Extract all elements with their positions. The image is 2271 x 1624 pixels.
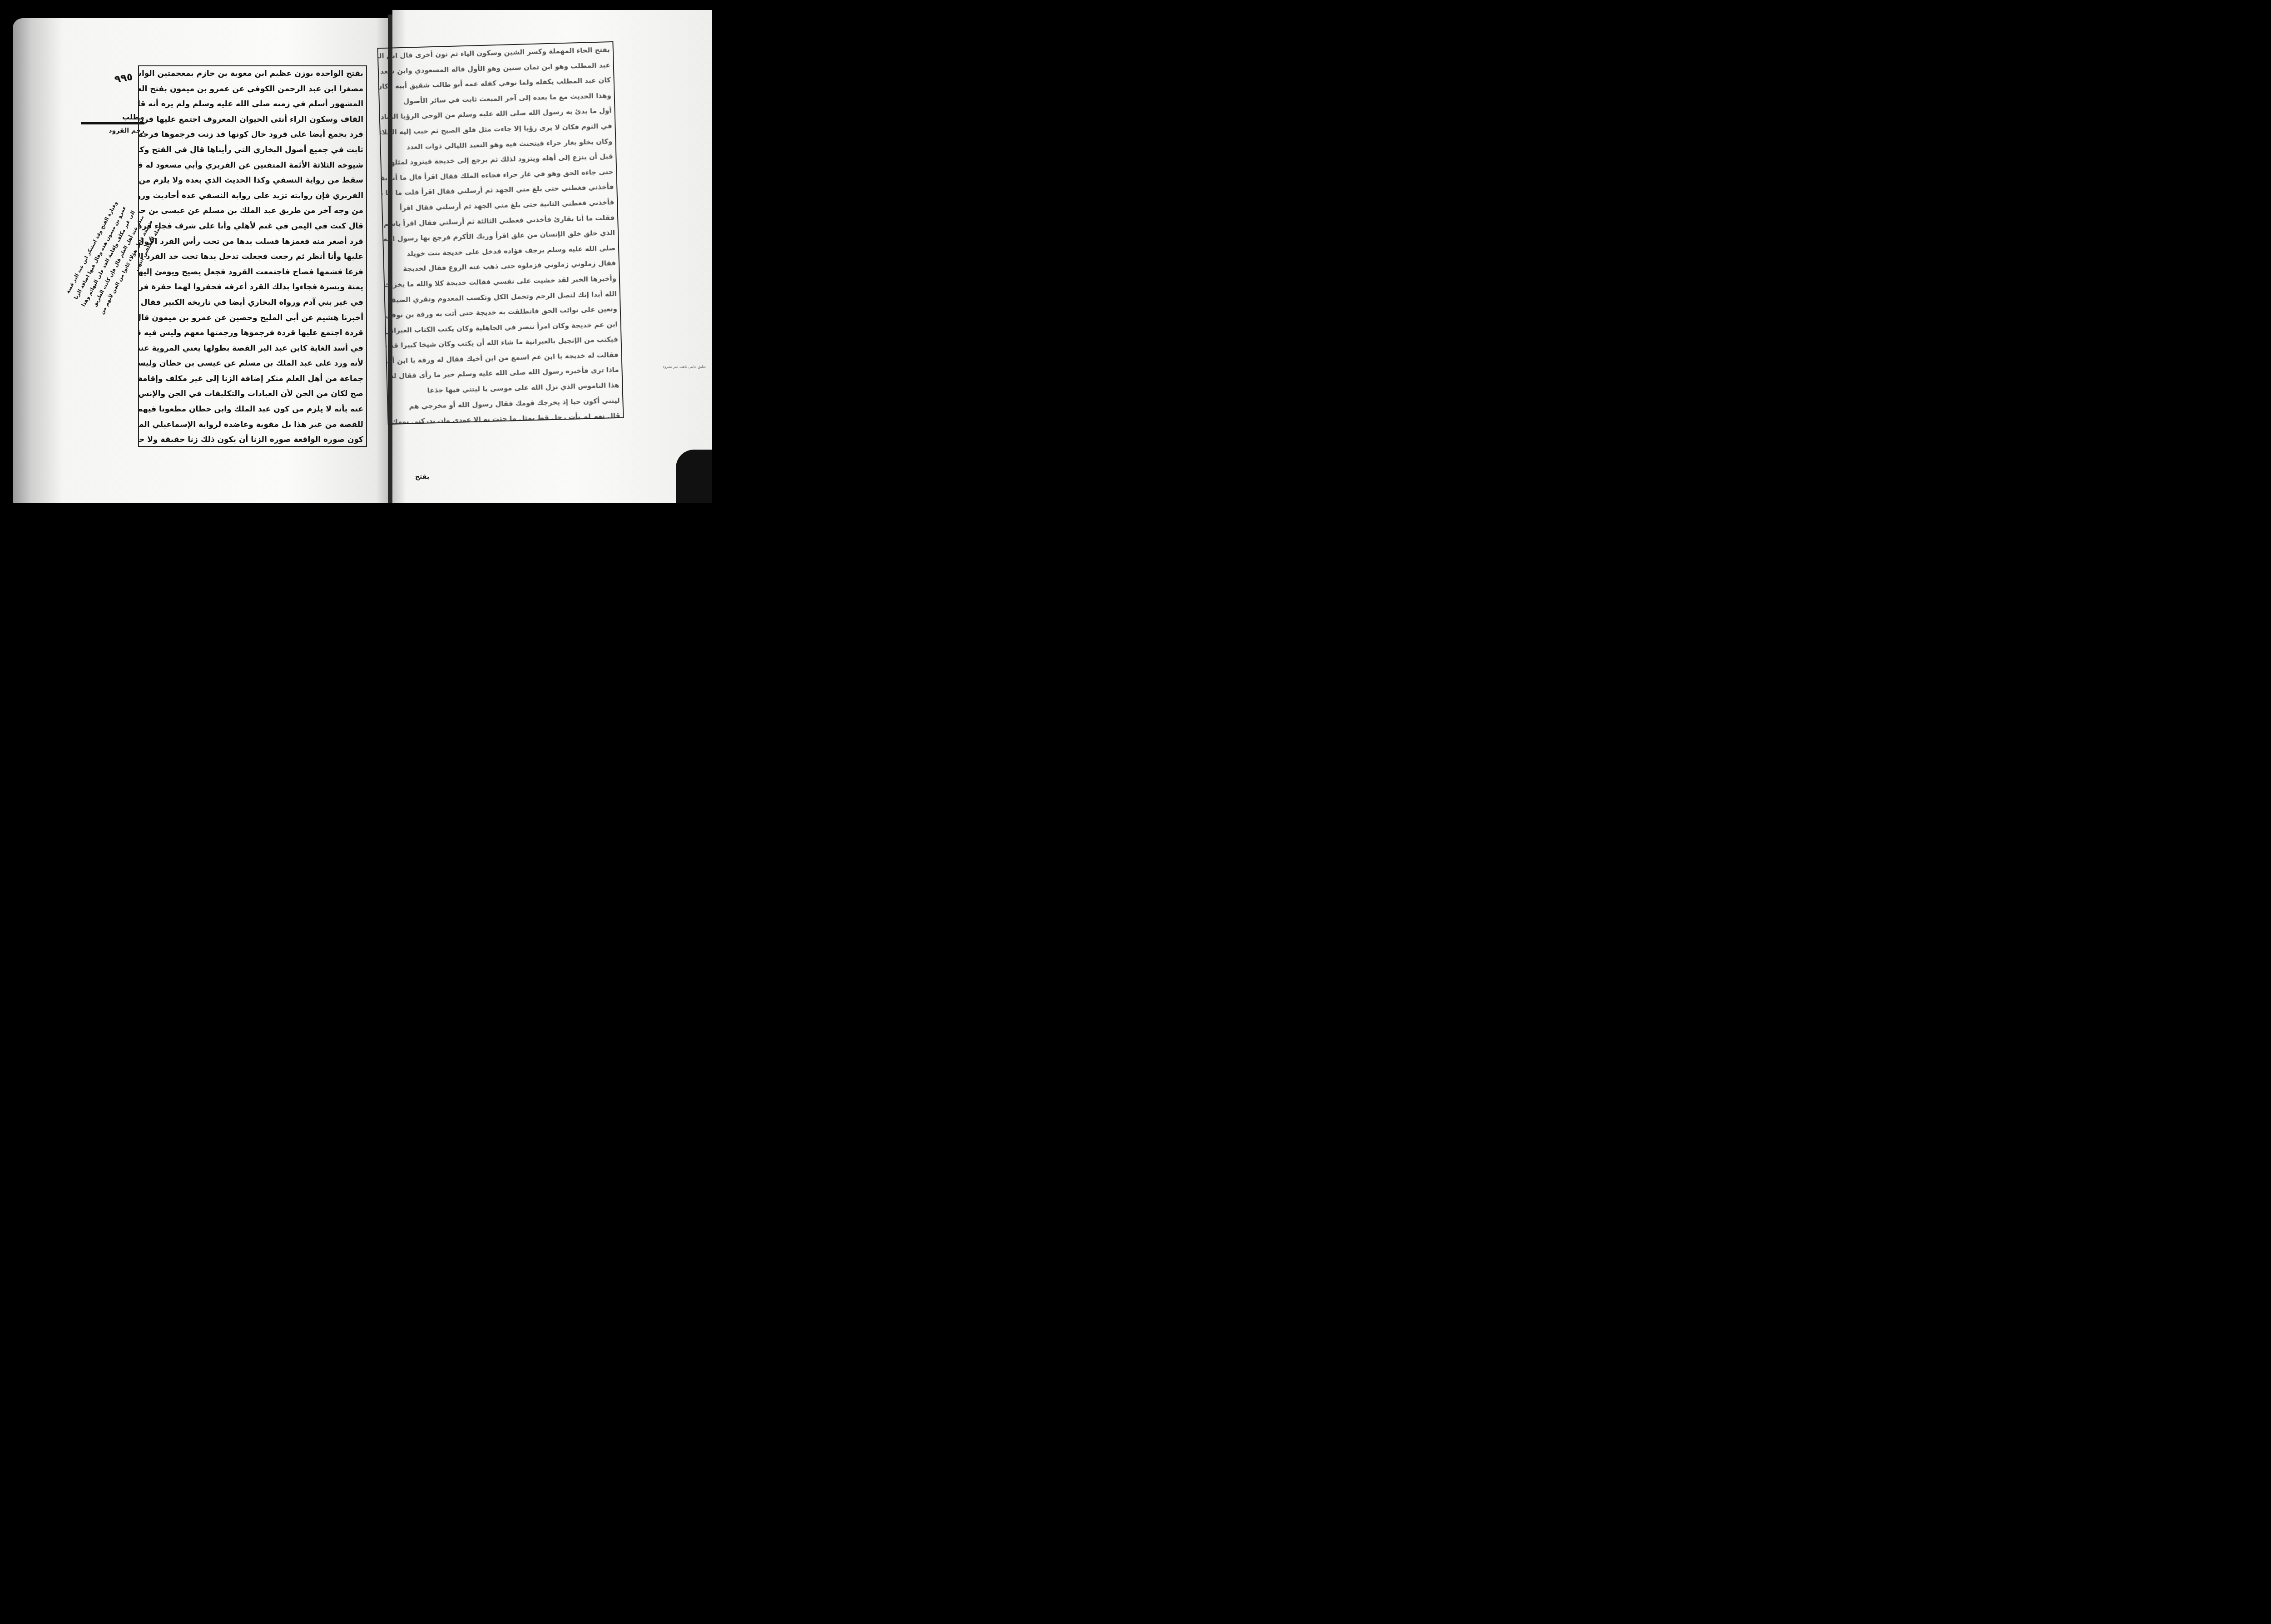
thumb-shadow xyxy=(676,450,712,503)
text-line: قردة اجتمع عليها قردة فرجموها ورجمتها مع… xyxy=(139,326,366,341)
margin-heading-title: مطلب xyxy=(81,113,144,124)
text-line: فزعا فشمها فصاح فاجتمعت القرود فجعل يصيح… xyxy=(139,265,366,280)
text-line: القاف وسكون الراء أنثى الحيوان المعروف ا… xyxy=(139,112,366,128)
text-line: للقصة من غير هذا بل مقوية وعاضدة لرواية … xyxy=(139,417,366,433)
text-line: صح لكان من الجن لأن العبادات والتكليفات … xyxy=(139,386,366,402)
text-line: بفتح الواحدة بوزن عظيم ابن معوية بن خازم… xyxy=(139,66,366,82)
text-line: الفربري فإن روايته تزيد على رواية النسفي… xyxy=(139,188,366,204)
text-line: أخبرنا هشيم عن أبي المليح وحصين عن عمرو … xyxy=(139,311,366,326)
left-page: ٩٩٥ مطلب رجم القرود وعبارة الفتح وقد است… xyxy=(13,18,390,503)
text-line: يمنة ويسرة فجاءوا بذلك القرد أعرفه فحفرو… xyxy=(139,280,366,295)
text-line: عليها وأنا أنظر ثم رجعت فجعلت تدخل يدها … xyxy=(139,249,366,265)
text-line: في غير بني آدم ورواه البخاري أيضا في تار… xyxy=(139,295,366,311)
text-line: قرد يجمع أيضا على قرود حال كونها قد زنت … xyxy=(139,127,366,143)
text-line: شيوخه الثلاثة الأئمة المتقنين عن الفربري… xyxy=(139,158,366,173)
right-margin-note: تعليق جانبي باهت غير مقروء xyxy=(638,363,706,371)
text-line: ثابت في جميع أصول البخاري التي رأيناها ق… xyxy=(139,143,366,158)
text-line: في أسد الغابة كابن عبد البر القصة بطولها… xyxy=(139,341,366,356)
text-line: سقط من رواية النسفي وكذا الحديث الذي بعد… xyxy=(139,173,366,188)
text-line: قرد أصغر منه فغمزها فسلت يدها من تحت رأس… xyxy=(139,234,366,250)
text-line: المشهور أسلم في زمنه صلى الله عليه وسلم … xyxy=(139,97,366,112)
page-number: ٩٩٥ xyxy=(114,71,134,86)
text-line: عنه بأنه لا يلزم من كون عبد الملك وابن ح… xyxy=(139,402,366,417)
text-line: من وجه آخر من طريق عبد الملك بن مسلم عن … xyxy=(139,203,366,219)
text-line: مصغرا ابن عبد الرحمن الكوفي عن عمرو بن م… xyxy=(139,82,366,97)
text-line: قال كنت في اليمن في غنم لأهلي وأنا على ش… xyxy=(139,219,366,234)
margin-heading-subtitle: رجم القرود xyxy=(81,127,144,134)
text-line: جماعة من أهل العلم منكر إضافة الزنا إلى … xyxy=(139,371,366,387)
margin-heading: مطلب رجم القرود xyxy=(81,113,144,134)
catchword: بفتح xyxy=(415,473,429,480)
right-text-block: بفتح الحاء المهملة وكسر الشين وسكون اليا… xyxy=(377,41,624,425)
left-text-block: بفتح الواحدة بوزن عظيم ابن معوية بن خازم… xyxy=(138,65,367,447)
text-line: لأنه ورد على عبد الملك بن مسلم عن عيسى ب… xyxy=(139,356,366,371)
text-line: كون صورة الواقعة صورة الزنا أن يكون ذلك … xyxy=(139,432,366,447)
